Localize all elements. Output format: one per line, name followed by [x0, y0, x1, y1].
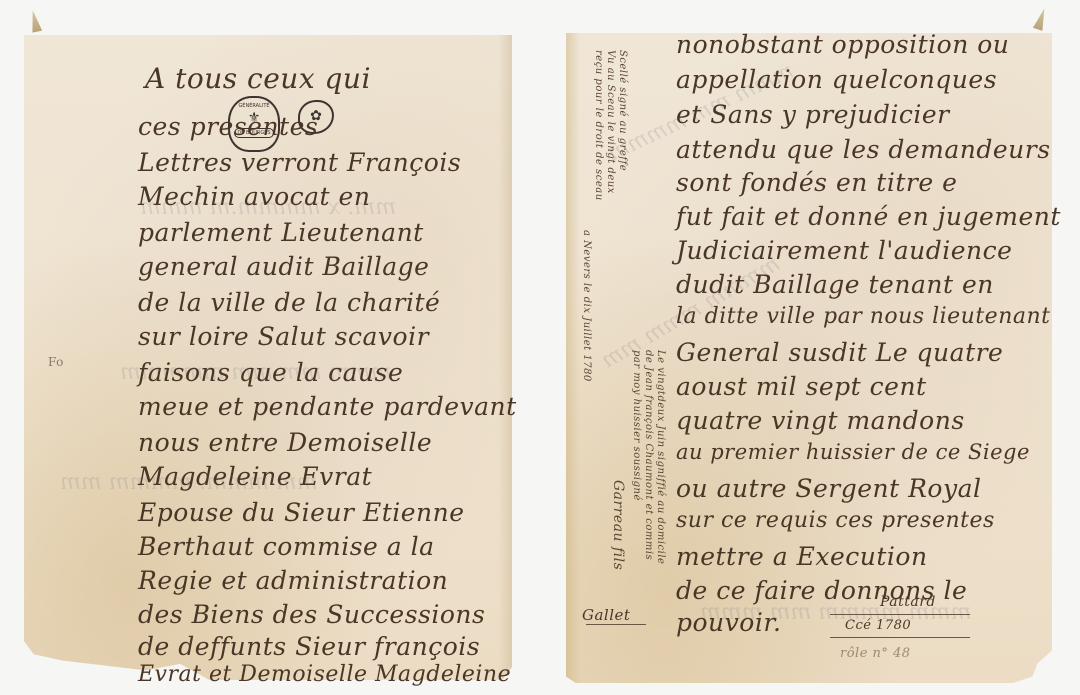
text-line: ces presentes	[138, 112, 318, 141]
text-line: des Biens des Successions	[138, 600, 485, 629]
margin-signature: Garreau fils	[610, 480, 626, 570]
page-fold-shadow	[566, 33, 580, 683]
text-line: Regie et administration	[138, 566, 448, 595]
page-fold-shadow	[498, 35, 512, 680]
text-line: de deffunts Sieur françois	[138, 632, 480, 661]
margin-note: de Jean françois Chaumont et commis	[643, 350, 654, 560]
text-line: pouvoir.	[676, 608, 781, 637]
text-line: mettre a Execution	[676, 542, 928, 571]
text-line: sur ce requis ces presentes	[676, 508, 995, 533]
text-line: la ditte ville par nous lieutenant	[676, 304, 1051, 329]
registry-mark: Ccé 1780	[845, 618, 911, 633]
underline-rule	[586, 624, 646, 625]
text-line: aoust mil sept cent	[676, 372, 927, 401]
text-line: ou autre Sergent Royal	[676, 474, 982, 503]
text-line: general audit Baillage	[138, 252, 429, 281]
paper-tab-right	[1033, 7, 1049, 31]
text-line: A tous ceux qui	[145, 62, 371, 95]
text-line: sur loire Salut scavoir	[138, 322, 429, 351]
margin-small-signature: Gallet	[582, 606, 630, 624]
text-line: meue et pendante pardevant	[138, 392, 517, 421]
text-line: attendu que les demandeurs	[676, 135, 1051, 164]
text-line: appellation quelconques	[676, 65, 997, 94]
text-line: nonobstant opposition ou	[676, 30, 1009, 59]
text-line: Evrat et Demoiselle Magdeleine	[138, 662, 511, 687]
text-line: Judiciairement l'audience	[676, 236, 1012, 265]
text-line: Magdeleine Evrat	[138, 462, 372, 491]
signature-rule	[830, 614, 970, 615]
text-line: de la ville de la charité	[138, 288, 440, 317]
text-line: parlement Lieutenant	[138, 218, 424, 247]
text-line: nous entre Demoiselle	[138, 428, 432, 457]
text-line: Berthaut commise a la	[138, 532, 435, 561]
text-line: et Sans y prejudicier	[676, 100, 950, 129]
margin-note: Le vingtdeux Juin signiffié au domicile	[655, 350, 666, 564]
margin-note: a Nevers le dix Juillet 1780	[581, 230, 592, 382]
margin-note: Scellé signé au greffe	[617, 50, 628, 171]
margin-note: reçu pour le droit de sceau	[593, 50, 604, 201]
margin-note: Fo	[48, 355, 64, 369]
text-line: Epouse du Sieur Etienne	[138, 498, 465, 527]
text-line: fut fait et donné en jugement	[676, 202, 1061, 231]
signature: Pattard	[880, 594, 936, 610]
text-line: General susdit Le quatre	[676, 338, 1003, 367]
stamp-top-text: GÉNÉRALITÉ	[238, 103, 269, 109]
paper-tab-left	[28, 9, 42, 33]
margin-note: Vu au Sceau le vingt deux	[605, 50, 616, 194]
text-line: sont fondés en titre e	[676, 168, 957, 197]
text-line: Mechin avocat en	[138, 182, 370, 211]
text-line: Lettres verront François	[138, 148, 461, 177]
text-line: quatre vingt mandons	[676, 406, 965, 435]
signature-rule	[830, 637, 970, 638]
faded-note: rôle n° 48	[840, 646, 911, 661]
text-line: dudit Baillage tenant en	[676, 270, 994, 299]
text-line: faisons que la cause	[138, 358, 403, 387]
text-line: au premier huissier de ce Siege	[676, 440, 1030, 464]
margin-note: par moy huissier soussigné	[631, 350, 642, 501]
